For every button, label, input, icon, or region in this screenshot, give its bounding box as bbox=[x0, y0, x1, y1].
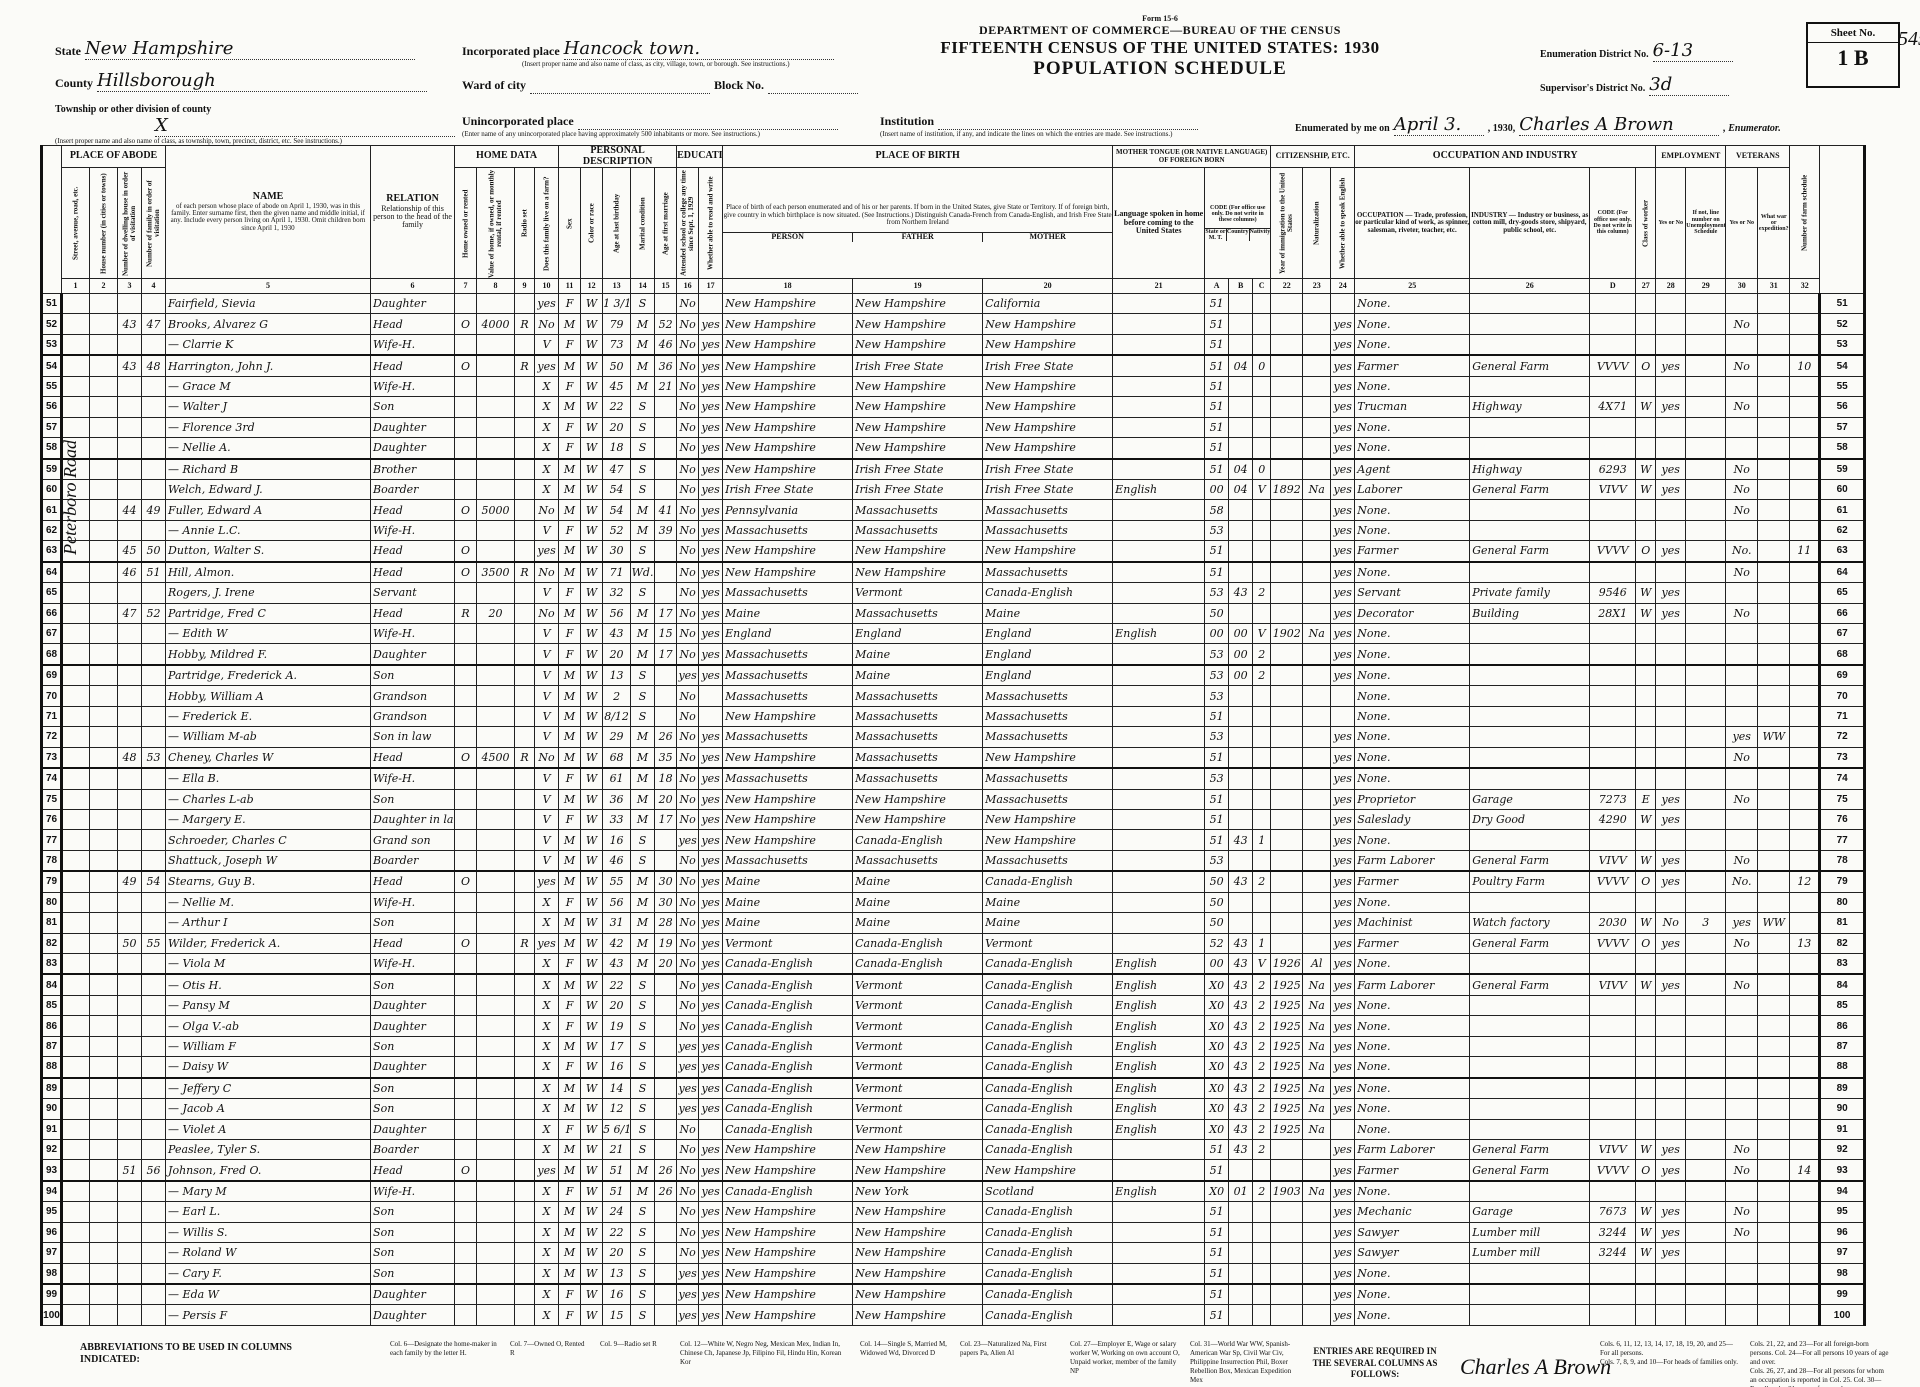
home-owned bbox=[455, 1057, 477, 1078]
birthplace-person: Maine bbox=[723, 913, 853, 933]
street-cell bbox=[62, 913, 90, 933]
code-nativity bbox=[1253, 334, 1271, 355]
immigration-year bbox=[1271, 355, 1303, 376]
line-number: 94 bbox=[42, 1181, 62, 1202]
age-first-marriage: 26 bbox=[655, 1181, 677, 1202]
page-stamp: 545 bbox=[1898, 28, 1920, 51]
birthplace-person: New Hampshire bbox=[723, 541, 853, 562]
sex: F bbox=[559, 1016, 581, 1036]
marital-status: M bbox=[631, 727, 655, 747]
sex: M bbox=[559, 913, 581, 933]
table-body: 51Fairfield, SieviaDaughteryesFW1 3/12SN… bbox=[42, 294, 1865, 1326]
code-nativity bbox=[1253, 541, 1271, 562]
read-write: yes bbox=[699, 583, 723, 603]
line-number-right: 98 bbox=[1820, 1263, 1865, 1284]
person-name: — Frederick E. bbox=[166, 706, 371, 726]
table-row: 62— Annie L.C.Wife-H.VFW52M39NoyesMassac… bbox=[42, 520, 1865, 540]
attended-school: No bbox=[677, 314, 699, 334]
code-nativity bbox=[1253, 727, 1271, 747]
industry bbox=[1470, 1119, 1590, 1139]
veteran bbox=[1726, 1099, 1758, 1119]
mother-tongue bbox=[1113, 747, 1205, 768]
read-write: yes bbox=[699, 397, 723, 417]
naturalization bbox=[1303, 1284, 1331, 1305]
veteran: No bbox=[1726, 1202, 1758, 1222]
family-number bbox=[142, 665, 166, 686]
read-write: yes bbox=[699, 747, 723, 768]
dwelling-number: 43 bbox=[118, 355, 142, 376]
read-write: yes bbox=[699, 954, 723, 975]
veteran bbox=[1726, 768, 1758, 789]
war: WW bbox=[1758, 913, 1790, 933]
class-of-worker bbox=[1636, 665, 1656, 686]
farm-residence: X bbox=[535, 995, 559, 1015]
age-first-marriage bbox=[655, 1222, 677, 1242]
age: 43 bbox=[603, 624, 631, 644]
table-row: 634550Dutton, Walter S.HeadOyesMW30SNoye… bbox=[42, 541, 1865, 562]
mother-tongue: English bbox=[1113, 954, 1205, 975]
speaks-english: yes bbox=[1331, 1099, 1355, 1119]
war bbox=[1758, 603, 1790, 623]
birthplace-father: New Hampshire bbox=[853, 334, 983, 355]
column-number: 14 bbox=[631, 279, 655, 294]
house-number bbox=[90, 1099, 118, 1119]
family-number bbox=[142, 459, 166, 480]
birthplace-person: Massachusetts bbox=[723, 583, 853, 603]
radio-set bbox=[515, 624, 535, 644]
birthplace-father: New Hampshire bbox=[853, 541, 983, 562]
house-number bbox=[90, 1016, 118, 1036]
color-race: W bbox=[581, 665, 603, 686]
birthplace-father: Maine bbox=[853, 913, 983, 933]
col-person-header: PERSON bbox=[723, 233, 852, 241]
birthplace-father: Massachusetts bbox=[853, 500, 983, 520]
column-number: 25 bbox=[1355, 279, 1470, 294]
veteran bbox=[1726, 583, 1758, 603]
home-owned bbox=[455, 995, 477, 1015]
line-number: 65 bbox=[42, 583, 62, 603]
class-of-worker bbox=[1636, 314, 1656, 334]
street-cell bbox=[62, 789, 90, 809]
war bbox=[1758, 995, 1790, 1015]
birthplace-person: Canada-English bbox=[723, 1099, 853, 1119]
industry bbox=[1470, 1078, 1590, 1099]
farm-residence: V bbox=[535, 624, 559, 644]
farm-residence: No bbox=[535, 603, 559, 623]
line-number-right: 83 bbox=[1820, 954, 1865, 975]
code-state: X0 bbox=[1205, 1181, 1229, 1202]
immigration-year bbox=[1271, 1139, 1303, 1159]
code-nativity bbox=[1253, 1222, 1271, 1242]
birthplace-person: New Hampshire bbox=[723, 1139, 853, 1159]
code-country: 43 bbox=[1229, 1139, 1253, 1159]
birthplace-father: New Hampshire bbox=[853, 1243, 983, 1263]
col-code-a-header: State or M. T. bbox=[1205, 229, 1226, 242]
line-number: 53 bbox=[42, 334, 62, 355]
code-country bbox=[1229, 1243, 1253, 1263]
birthplace-person: Massachusetts bbox=[723, 644, 853, 665]
dwelling-number bbox=[118, 809, 142, 829]
code-nativity bbox=[1253, 1243, 1271, 1263]
farm-residence: V bbox=[535, 686, 559, 706]
naturalization bbox=[1303, 1160, 1331, 1181]
table-row: 97— Roland WSonXMW20SNoyesNew HampshireN… bbox=[42, 1243, 1865, 1263]
age: 56 bbox=[603, 892, 631, 912]
farm-residence: V bbox=[535, 809, 559, 829]
line-number-right: 57 bbox=[1820, 417, 1865, 437]
relationship: Daughter bbox=[371, 1305, 455, 1325]
color-race: W bbox=[581, 995, 603, 1015]
class-of-worker bbox=[1636, 520, 1656, 540]
dwelling-number bbox=[118, 995, 142, 1015]
sex: M bbox=[559, 500, 581, 520]
color-race: W bbox=[581, 417, 603, 437]
code-state: X0 bbox=[1205, 995, 1229, 1015]
home-value: 3500 bbox=[477, 562, 515, 583]
immigration-year bbox=[1271, 830, 1303, 850]
birthplace-mother: Canada-English bbox=[983, 1099, 1113, 1119]
table-row: 95— Earl L.SonXMW24SNoyesNew HampshireNe… bbox=[42, 1202, 1865, 1222]
farm-schedule-number bbox=[1790, 583, 1820, 603]
group-occupation: OCCUPATION AND INDUSTRY bbox=[1355, 146, 1656, 168]
col-family-header: Number of family in order of visitation bbox=[142, 168, 166, 279]
attended-school: No bbox=[677, 850, 699, 871]
occupation: Saleslady bbox=[1355, 809, 1470, 829]
attended-school: No bbox=[677, 603, 699, 623]
occupation-code: 28X1 bbox=[1590, 603, 1636, 623]
house-number bbox=[90, 1057, 118, 1078]
line-number-right: 91 bbox=[1820, 1119, 1865, 1139]
line-number: 67 bbox=[42, 624, 62, 644]
enumerated-field: Enumerated by me on April 3. , 1930, Cha… bbox=[1295, 114, 1781, 136]
column-number: 22 bbox=[1271, 279, 1303, 294]
line-number: 75 bbox=[42, 789, 62, 809]
color-race: W bbox=[581, 706, 603, 726]
line-number: 92 bbox=[42, 1139, 62, 1159]
at-work: yes bbox=[1656, 1139, 1686, 1159]
table-row: 90— Jacob ASonXMW12SyesyesCanada-English… bbox=[42, 1099, 1865, 1119]
col-class-worker-header: Class of worker bbox=[1636, 168, 1656, 279]
class-of-worker bbox=[1636, 1078, 1656, 1099]
col-speak-english-header: Whether able to speak English bbox=[1331, 168, 1355, 279]
color-race: W bbox=[581, 1078, 603, 1099]
col-unemployment-line-header: If not, line number on Unemployment Sche… bbox=[1686, 168, 1726, 279]
mother-tongue bbox=[1113, 706, 1205, 726]
occupation: None. bbox=[1355, 376, 1470, 396]
sex: F bbox=[559, 624, 581, 644]
attended-school: No bbox=[677, 417, 699, 437]
class-of-worker: W bbox=[1636, 479, 1656, 499]
house-number bbox=[90, 1119, 118, 1139]
occupation: None. bbox=[1355, 562, 1470, 583]
mother-tongue: English bbox=[1113, 1036, 1205, 1056]
naturalization bbox=[1303, 1305, 1331, 1325]
war bbox=[1758, 397, 1790, 417]
class-of-worker bbox=[1636, 438, 1656, 459]
class-of-worker: W bbox=[1636, 974, 1656, 995]
relationship: Daughter bbox=[371, 417, 455, 437]
birthplace-mother: Canada-English bbox=[983, 1119, 1113, 1139]
person-name: — Jacob A bbox=[166, 1099, 371, 1119]
age: 17 bbox=[603, 1036, 631, 1056]
age: 33 bbox=[603, 809, 631, 829]
dwelling-number bbox=[118, 1243, 142, 1263]
line-number: 51 bbox=[42, 294, 62, 314]
color-race: W bbox=[581, 334, 603, 355]
at-work bbox=[1656, 1263, 1686, 1284]
family-number bbox=[142, 294, 166, 314]
table-row: 92Peaslee, Tyler S.BoarderXMW21SNoyesNew… bbox=[42, 1139, 1865, 1159]
family-number bbox=[142, 1119, 166, 1139]
line-number-right: 99 bbox=[1820, 1284, 1865, 1305]
mother-tongue bbox=[1113, 1202, 1205, 1222]
family-number bbox=[142, 768, 166, 789]
radio-set bbox=[515, 871, 535, 892]
code-state: X0 bbox=[1205, 1099, 1229, 1119]
birthplace-mother: Canada-English bbox=[983, 871, 1113, 892]
read-write: yes bbox=[699, 624, 723, 644]
relationship: Son bbox=[371, 1036, 455, 1056]
speaks-english: yes bbox=[1331, 479, 1355, 499]
industry bbox=[1470, 686, 1590, 706]
color-race: W bbox=[581, 397, 603, 417]
veteran bbox=[1726, 1036, 1758, 1056]
speaks-english: yes bbox=[1331, 562, 1355, 583]
col12-note: Col. 12—White W, Negro Neg, Mexican Mex,… bbox=[680, 1340, 850, 1367]
birthplace-father: New Hampshire bbox=[853, 809, 983, 829]
street-cell bbox=[62, 376, 90, 396]
immigration-year bbox=[1271, 1222, 1303, 1242]
class-of-worker: O bbox=[1636, 355, 1656, 376]
occupation-code bbox=[1590, 727, 1636, 747]
unemployment-line bbox=[1686, 974, 1726, 995]
marital-status: S bbox=[631, 1139, 655, 1159]
line-number-right: 70 bbox=[1820, 686, 1865, 706]
table-row: 83— Viola MWife-H.XFW43M20NoyesCanada-En… bbox=[42, 954, 1865, 975]
attended-school: No bbox=[677, 706, 699, 726]
code-nativity: V bbox=[1253, 479, 1271, 499]
dwelling-number bbox=[118, 334, 142, 355]
birthplace-person: Massachusetts bbox=[723, 850, 853, 871]
home-value bbox=[477, 1284, 515, 1305]
read-write bbox=[699, 706, 723, 726]
occupation-code: 6293 bbox=[1590, 459, 1636, 480]
birthplace-father: Canada-English bbox=[853, 933, 983, 953]
street-cell bbox=[62, 747, 90, 768]
house-number bbox=[90, 809, 118, 829]
home-value: 20 bbox=[477, 603, 515, 623]
township-note: (Insert proper name and also name of cla… bbox=[55, 137, 455, 145]
occupation-code: 4290 bbox=[1590, 809, 1636, 829]
naturalization bbox=[1303, 438, 1331, 459]
attended-school: No bbox=[677, 954, 699, 975]
line-number-right: 62 bbox=[1820, 520, 1865, 540]
age: 21 bbox=[603, 1139, 631, 1159]
radio-set bbox=[515, 294, 535, 314]
attended-school: No bbox=[677, 1202, 699, 1222]
sex: M bbox=[559, 603, 581, 623]
war bbox=[1758, 768, 1790, 789]
column-number: 5 bbox=[166, 279, 371, 294]
age-first-marriage: 18 bbox=[655, 768, 677, 789]
industry: General Farm bbox=[1470, 541, 1590, 562]
mother-tongue bbox=[1113, 314, 1205, 334]
column-number: 23 bbox=[1303, 279, 1331, 294]
relationship: Daughter bbox=[371, 1016, 455, 1036]
occupation: None. bbox=[1355, 830, 1470, 850]
home-value bbox=[477, 789, 515, 809]
speaks-english: yes bbox=[1331, 809, 1355, 829]
sex: F bbox=[559, 294, 581, 314]
person-name: — Daisy W bbox=[166, 1057, 371, 1078]
home-value bbox=[477, 624, 515, 644]
industry bbox=[1470, 376, 1590, 396]
radio-set: R bbox=[515, 747, 535, 768]
birthplace-mother: Canada-English bbox=[983, 1243, 1113, 1263]
code-country bbox=[1229, 850, 1253, 871]
birthplace-person: Vermont bbox=[723, 933, 853, 953]
code-state: 51 bbox=[1205, 789, 1229, 809]
table-row: 664752Partridge, Fred CHeadR20NoMW56M17N… bbox=[42, 603, 1865, 623]
naturalization bbox=[1303, 809, 1331, 829]
industry: Building bbox=[1470, 603, 1590, 623]
occupation-code bbox=[1590, 1057, 1636, 1078]
col-sex-header: Sex bbox=[559, 168, 581, 279]
class-of-worker bbox=[1636, 830, 1656, 850]
color-race: W bbox=[581, 871, 603, 892]
person-name: — Richard B bbox=[166, 459, 371, 480]
farm-schedule-number bbox=[1790, 1181, 1820, 1202]
code-country bbox=[1229, 603, 1253, 623]
sex: M bbox=[559, 850, 581, 871]
line-number: 55 bbox=[42, 376, 62, 396]
color-race: W bbox=[581, 376, 603, 396]
farm-residence: yes bbox=[535, 871, 559, 892]
veteran bbox=[1726, 686, 1758, 706]
farm-schedule-number bbox=[1790, 438, 1820, 459]
birthplace-mother: Canada-English bbox=[983, 1222, 1113, 1242]
veteran: No bbox=[1726, 479, 1758, 499]
attended-school: yes bbox=[677, 1284, 699, 1305]
incorporated-note: (Insert proper name and also name of cla… bbox=[522, 60, 862, 68]
house-number bbox=[90, 1160, 118, 1181]
code-nativity bbox=[1253, 520, 1271, 540]
unincorporated-field: Unincorporated place (Enter name of any … bbox=[462, 112, 862, 138]
read-write: yes bbox=[699, 603, 723, 623]
at-work bbox=[1656, 520, 1686, 540]
industry bbox=[1470, 624, 1590, 644]
naturalization bbox=[1303, 727, 1331, 747]
radio-set bbox=[515, 1078, 535, 1099]
birthplace-father: Massachusetts bbox=[853, 747, 983, 768]
column-number: A bbox=[1205, 279, 1229, 294]
col27-note: Col. 27—Employer E, Wage or salary worke… bbox=[1070, 1340, 1180, 1376]
naturalization bbox=[1303, 747, 1331, 768]
col-code-c-header: Nativity bbox=[1249, 229, 1271, 242]
home-value bbox=[477, 417, 515, 437]
immigration-year bbox=[1271, 376, 1303, 396]
mother-tongue bbox=[1113, 562, 1205, 583]
industry bbox=[1470, 500, 1590, 520]
occupation-code: VVVV bbox=[1590, 355, 1636, 376]
occupation: Farmer bbox=[1355, 871, 1470, 892]
class-of-worker: O bbox=[1636, 871, 1656, 892]
birthplace-father: Maine bbox=[853, 644, 983, 665]
street-cell bbox=[62, 334, 90, 355]
radio-set bbox=[515, 603, 535, 623]
occupation: None. bbox=[1355, 768, 1470, 789]
ward-label: Ward of city bbox=[462, 78, 526, 92]
unemployment-line bbox=[1686, 1036, 1726, 1056]
industry bbox=[1470, 314, 1590, 334]
immigration-year bbox=[1271, 314, 1303, 334]
home-value: 4500 bbox=[477, 747, 515, 768]
home-value: 4000 bbox=[477, 314, 515, 334]
house-number bbox=[90, 686, 118, 706]
code-state: 53 bbox=[1205, 520, 1229, 540]
class-of-worker: W bbox=[1636, 1139, 1656, 1159]
birthplace-mother: New Hampshire bbox=[983, 314, 1113, 334]
war bbox=[1758, 830, 1790, 850]
occupation-code bbox=[1590, 562, 1636, 583]
street-cell bbox=[62, 954, 90, 975]
age: 30 bbox=[603, 541, 631, 562]
radio-set: R bbox=[515, 562, 535, 583]
line-number-right: 84 bbox=[1820, 974, 1865, 995]
farm-residence: X bbox=[535, 1263, 559, 1284]
form-title-block: Form 15-6 DEPARTMENT OF COMMERCE—BUREAU … bbox=[930, 14, 1390, 80]
immigration-year bbox=[1271, 1284, 1303, 1305]
relationship: Wife-H. bbox=[371, 334, 455, 355]
attended-school: No bbox=[677, 624, 699, 644]
color-race: W bbox=[581, 1119, 603, 1139]
occupation-code bbox=[1590, 520, 1636, 540]
family-number bbox=[142, 830, 166, 850]
home-owned bbox=[455, 417, 477, 437]
table-row: 524347Brooks, Alvarez GHeadO4000RNoMW79M… bbox=[42, 314, 1865, 334]
read-write: yes bbox=[699, 459, 723, 480]
group-citizenship: CITIZENSHIP, ETC. bbox=[1271, 146, 1355, 168]
occupation-code bbox=[1590, 686, 1636, 706]
war bbox=[1758, 1057, 1790, 1078]
code-nativity: 2 bbox=[1253, 1099, 1271, 1119]
at-work: yes bbox=[1656, 974, 1686, 995]
veteran bbox=[1726, 334, 1758, 355]
marital-status: S bbox=[631, 541, 655, 562]
home-value bbox=[477, 541, 515, 562]
home-owned bbox=[455, 644, 477, 665]
class-of-worker bbox=[1636, 995, 1656, 1015]
class-of-worker bbox=[1636, 1099, 1656, 1119]
at-work bbox=[1656, 1099, 1686, 1119]
birthplace-father: New York bbox=[853, 1181, 983, 1202]
line-number: 68 bbox=[42, 644, 62, 665]
naturalization bbox=[1303, 830, 1331, 850]
home-value bbox=[477, 1202, 515, 1222]
marital-status: M bbox=[631, 892, 655, 912]
war bbox=[1758, 376, 1790, 396]
person-name: Welch, Edward J. bbox=[166, 479, 371, 499]
supervisor-value: 3d bbox=[1649, 74, 1729, 96]
col9-note: Col. 9—Radio set R bbox=[600, 1340, 670, 1349]
farm-schedule-number bbox=[1790, 417, 1820, 437]
col-mother-header: MOTHER bbox=[982, 233, 1112, 241]
radio-set: R bbox=[515, 933, 535, 953]
occupation-code bbox=[1590, 376, 1636, 396]
immigration-year: 1926 bbox=[1271, 954, 1303, 975]
marital-status: S bbox=[631, 459, 655, 480]
street-cell bbox=[62, 1036, 90, 1056]
